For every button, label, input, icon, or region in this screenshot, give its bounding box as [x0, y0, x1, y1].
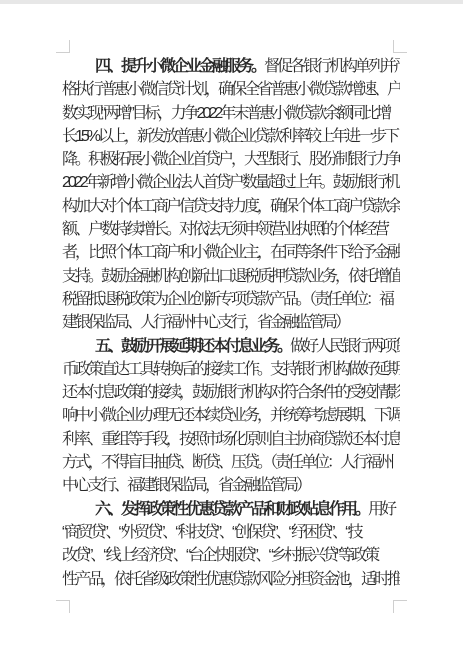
text-line: “商贸贷”、“外贸贷”、“科技贷”、“创保贷”、“纾困贷”、“技 [62, 521, 400, 544]
crop-mark-top-left [56, 40, 70, 53]
paragraph-body-text: 利率、重组等手段，按照市场化原则自主协商贷款还本付息 [62, 431, 400, 448]
crop-mark-top-right [393, 40, 407, 53]
paragraph-body-text: 2022年新增小微企业法人首贷户数量超过上年。鼓励银行机 [62, 174, 398, 191]
paragraph-body-text: “商贸贷”、“外贸贷”、“科技贷”、“创保贷”、“纾困贷”、“技 [62, 524, 361, 541]
crop-mark-bottom-left [56, 600, 70, 613]
paragraph-lead-text: 五、鼓励开展延期还本付息业务。 [95, 338, 290, 355]
text-line: 利率、重组等手段，按照市场化原则自主协商贷款还本付息 [62, 428, 400, 451]
text-line: 构加大对个体工商户信贷支持力度，确保个体工商户贷款余 [62, 195, 400, 218]
paragraph-body-text: 格执行普惠小微信贷计划，确保全省普惠小微贷款增速、户 [62, 81, 400, 98]
text-line: 2022年新增小微企业法人首贷户数量超过上年。鼓励银行机 [62, 171, 400, 194]
text-line: 支持。鼓励金融机构创新出口退税质押贷款业务，依托增值 [62, 265, 400, 288]
text-line: 响中小微企业办理无还本续贷业务，并统筹考虑展期、下调 [62, 404, 400, 427]
text-line: 者，比照个体工商户和小微企业主，在同等条件下给予金融 [62, 241, 400, 264]
document-text: 四、提升小微企业金融服务。督促各银行机构单列并严格执行普惠小微信贷计划，确保全省… [62, 55, 400, 595]
paragraph-body-text: 性产品，依托省级政策性优惠贷款风险分担资金池，适时推 [62, 571, 400, 588]
text-line: 性产品，依托省级政策性优惠贷款风险分担资金池，适时推 [62, 568, 400, 591]
paragraph-body-text: 用好 [368, 501, 394, 518]
text-line: 格执行普惠小微信贷计划，确保全省普惠小微贷款增速、户 [62, 78, 400, 101]
paragraph-body-text: 数实现“两增”目标，力争2022年末普惠小微贷款余额同比增 [62, 105, 389, 122]
text-line: 五、鼓励开展延期还本付息业务。做好人民银行两项货 [62, 335, 400, 358]
paragraph-body-text: 支持。鼓励金融机构创新出口退税质押贷款业务，依托增值 [62, 268, 400, 285]
paragraph-body-text: 降。积极拓展小微企业首贷户，大型银行、股份制银行力争 [62, 151, 400, 168]
paragraph-body-text: 响中小微企业办理无还本续贷业务，并统筹考虑展期、下调 [62, 407, 400, 424]
paragraph-body-text: 税留抵退税政策为企业创新专项贷款产品。（责任单位：福 [62, 291, 392, 308]
text-line: 长15%以上，新发放普惠小微企业贷款利率较上年进一步下 [62, 125, 400, 148]
document-page: 四、提升小微企业金融服务。督促各银行机构单列并严格执行普惠小微信贷计划，确保全省… [0, 0, 463, 650]
text-line: 六、发挥政策性优惠贷款产品和财政贴息作用。用好 [62, 498, 400, 521]
paragraph-body-text: 币政策直达工具转换后的接续工作。支持银行机构做好延期 [62, 361, 400, 378]
page-top-edge [0, 0, 463, 4]
paragraph-body-text: 改贷”、“线上经济贷”、“台企快服贷”、“乡村振兴贷”等政策 [62, 547, 377, 564]
paragraph-body-text: 建银保监局、人行福州中心支行，省金融监管局） [62, 314, 348, 331]
text-line: 中心支行、福建银保监局，省金融监管局） [62, 474, 400, 497]
paragraph-body-text: 做好人民银行两项货 [290, 338, 400, 355]
text-line: 改贷”、“线上经济贷”、“台企快服贷”、“乡村振兴贷”等政策 [62, 544, 400, 567]
paragraph-lead-text: 四、提升小微企业金融服务。 [95, 58, 264, 75]
paragraph-lead-text: 六、发挥政策性优惠贷款产品和财政贴息作用。 [95, 501, 368, 518]
crop-mark-bottom-right [393, 600, 407, 613]
paragraph-body-text: 构加大对个体工商户信贷支持力度，确保个体工商户贷款余 [62, 198, 400, 215]
text-line: 还本付息政策的接续，鼓励银行机构对符合条件的受疫情影 [62, 381, 400, 404]
paragraph-body-text: 还本付息政策的接续，鼓励银行机构对符合条件的受疫情影 [62, 384, 400, 401]
paragraph-body-text: 中心支行、福建银保监局，省金融监管局） [62, 477, 309, 494]
text-line: 建银保监局、人行福州中心支行，省金融监管局） [62, 311, 400, 334]
text-line: 方式，不得盲目抽贷、断贷、压贷。（责任单位：人行福州 [62, 451, 400, 474]
paragraph-body-text: 长15%以上，新发放普惠小微企业贷款利率较上年进一步下 [62, 128, 397, 145]
text-line: 额、户数持续增长。对依法无须申领营业执照的个体经营 [62, 218, 400, 241]
paragraph-body-text: 督促各银行机构单列并严 [264, 58, 400, 75]
text-line: 币政策直达工具转换后的接续工作。支持银行机构做好延期 [62, 358, 400, 381]
text-line: 税留抵退税政策为企业创新专项贷款产品。（责任单位：福 [62, 288, 400, 311]
text-line: 数实现“两增”目标，力争2022年末普惠小微贷款余额同比增 [62, 102, 400, 125]
text-line: 降。积极拓展小微企业首贷户，大型银行、股份制银行力争 [62, 148, 400, 171]
text-line: 四、提升小微企业金融服务。督促各银行机构单列并严 [62, 55, 400, 78]
paragraph-body-text: 额、户数持续增长。对依法无须申领营业执照的个体经营 [62, 221, 387, 238]
paragraph-body-text: 方式，不得盲目抽贷、断贷、压贷。（责任单位：人行福州 [62, 454, 392, 471]
paragraph-body-text: 者，比照个体工商户和小微企业主，在同等条件下给予金融 [62, 244, 400, 261]
